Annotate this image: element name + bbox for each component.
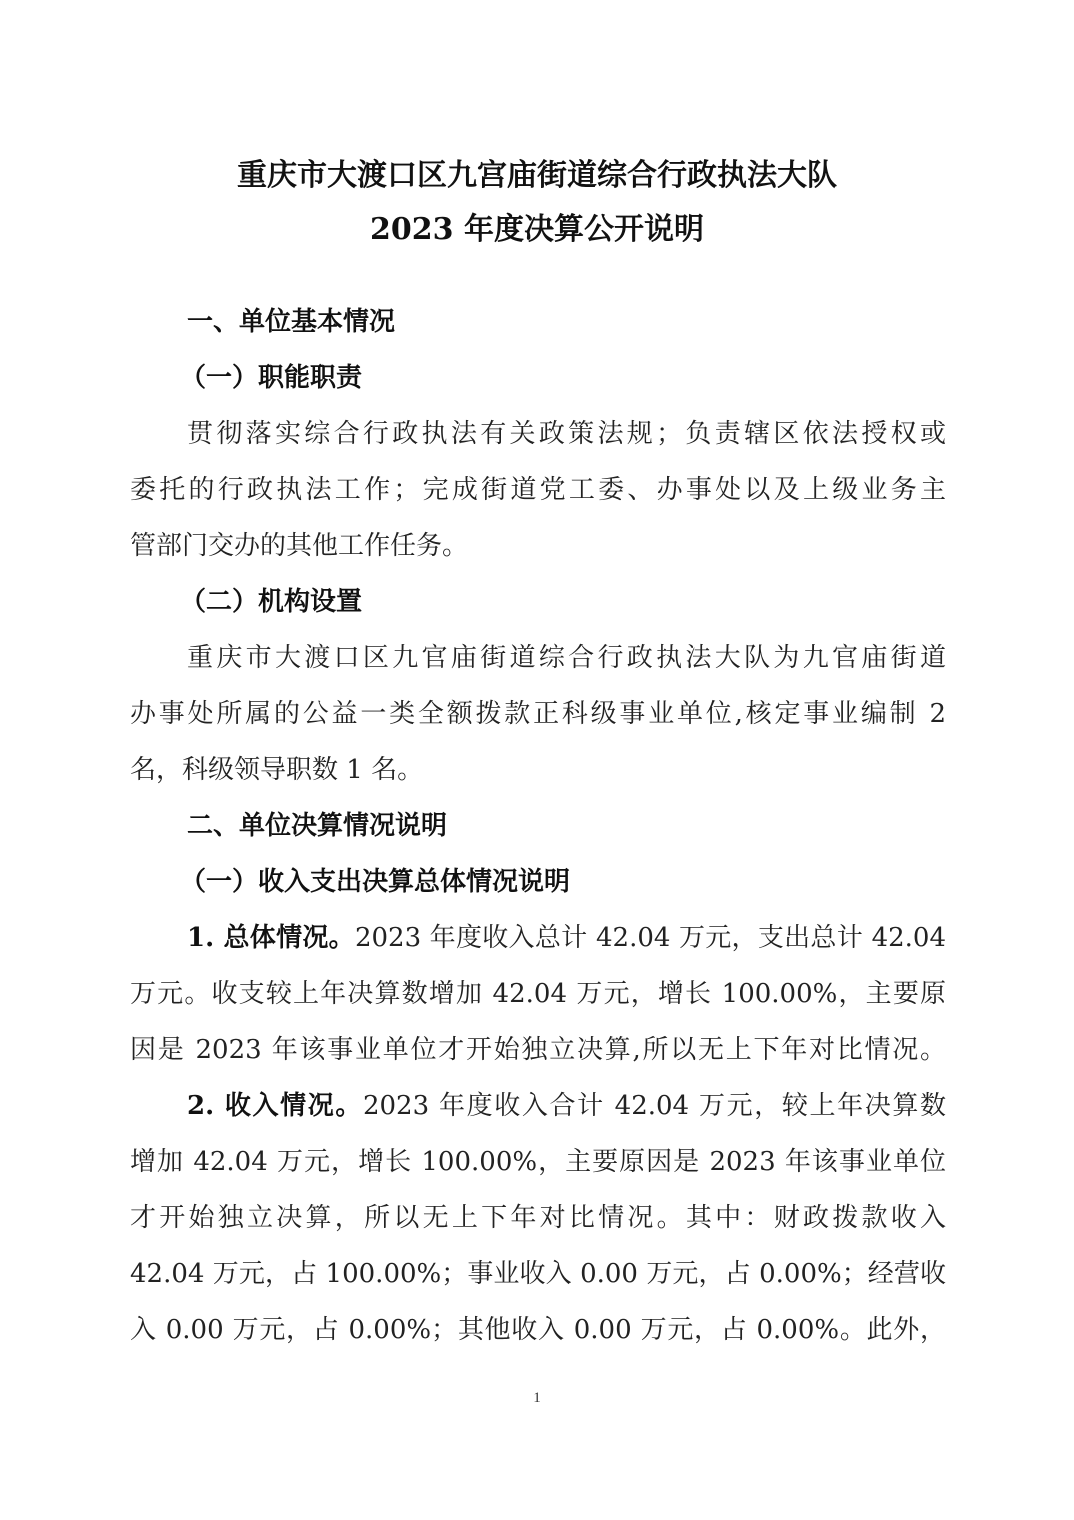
paragraph-line: 委托的行政执法工作；完成街道党工委、办事处以及上级业务主 — [130, 472, 946, 508]
paragraph-line: 因是 2023 年该事业单位才开始独立决算,所以无上下年对比情况。 — [130, 1032, 946, 1068]
paragraph-line: 入 0.00 万元，占 0.00%；其他收入 0.00 万元，占 0.00%。此… — [130, 1312, 946, 1348]
paragraph-line: 重庆市大渡口区九官庙街道综合行政执法大队为九官庙街道 — [187, 640, 946, 676]
document-page: 重庆市大渡口区九宫庙街道综合行政执法大队 2023 年度决算公开说明 一、单位基… — [0, 0, 1074, 1520]
paragraph-line: 办事处所属的公益一类全额拨款正科级事业单位,核定事业编制 2 — [130, 696, 946, 732]
page-number: 1 — [0, 1388, 1074, 1408]
paragraph-line-overall: 1. 总体情况。2023 年度收入总计 42.04 万元，支出总计 42.04 — [187, 920, 946, 956]
item-text: 2023 年度收入合计 42.04 万元，较上年决算数 — [363, 1091, 946, 1121]
paragraph-line: 增加 42.04 万元，增长 100.00%，主要原因是 2023 年该事业单位 — [130, 1144, 946, 1180]
paragraph-line: 万元。收支较上年决算数增加 42.04 万元，增长 100.00%，主要原 — [130, 976, 946, 1012]
item-lead-income: 2. 收入情况。 — [187, 1091, 363, 1121]
item-text: 2023 年度收入总计 42.04 万元，支出总计 42.04 — [355, 923, 946, 953]
paragraph-line-income: 2. 收入情况。2023 年度收入合计 42.04 万元，较上年决算数 — [187, 1088, 946, 1124]
item-lead-overall: 1. 总体情况。 — [187, 923, 355, 953]
paragraph-line: 名，科级领导职数 1 名。 — [130, 752, 946, 788]
document-title-line-2: 2023 年度决算公开说明 — [0, 210, 1074, 250]
paragraph-line: 管部门交办的其他工作任务。 — [130, 528, 946, 564]
paragraph-line: 贯彻落实综合行政执法有关政策法规；负责辖区依法授权或 — [187, 416, 946, 452]
document-title-line-1: 重庆市大渡口区九宫庙街道综合行政执法大队 — [0, 156, 1074, 196]
subsection-heading-functions: （一）职能职责 — [180, 360, 362, 396]
paragraph-line: 42.04 万元，占 100.00%；事业收入 0.00 万元，占 0.00%；… — [130, 1256, 946, 1292]
subsection-heading-organization: （二）机构设置 — [180, 584, 362, 620]
paragraph-line: 才开始独立决算，所以无上下年对比情况。其中：财政拨款收入 — [130, 1200, 946, 1236]
section-heading-basic-info: 一、单位基本情况 — [187, 304, 395, 340]
section-heading-final-accounts: 二、单位决算情况说明 — [187, 808, 447, 844]
subsection-heading-income-expenditure: （一）收入支出决算总体情况说明 — [180, 864, 570, 900]
